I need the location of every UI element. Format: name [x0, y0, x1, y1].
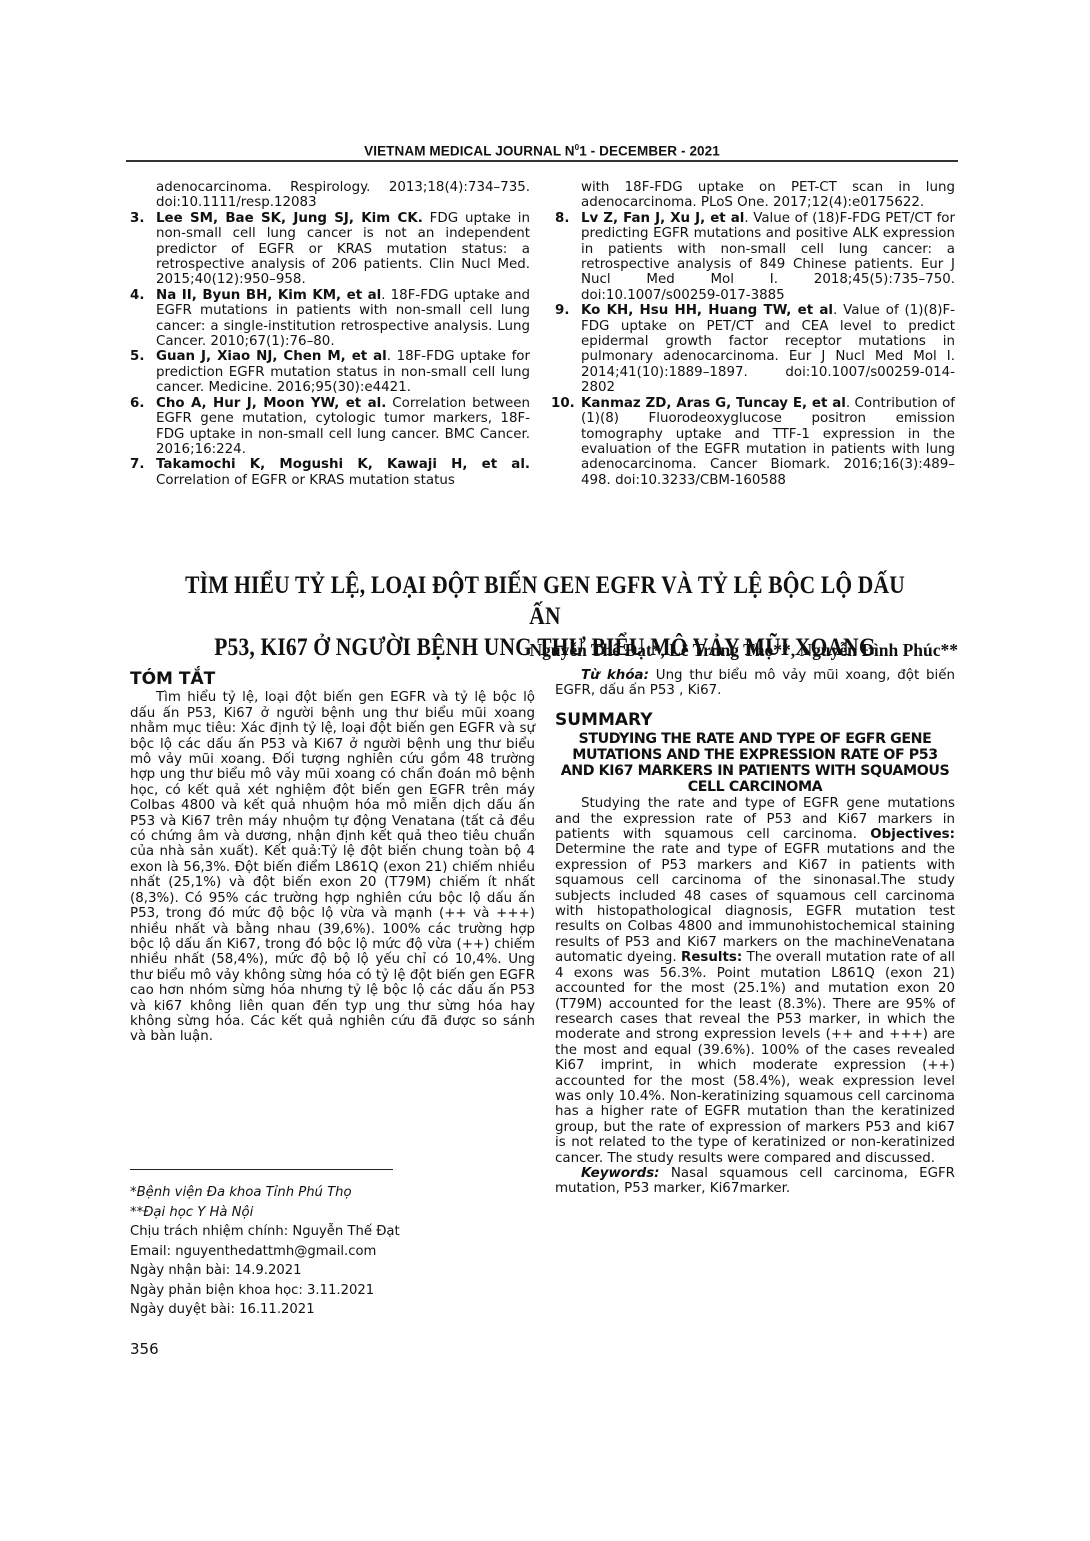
- abstract-en-body: Studying the rate and type of EGFR gene …: [555, 796, 955, 1166]
- date-accepted: Ngày duyệt bài: 16.11.2021: [130, 1300, 530, 1320]
- reference-item: 5.Guan J, Xiao NJ, Chen M, et al. 18F-FD…: [130, 349, 530, 395]
- reference-item: 7.Takamochi K, Mogushi K, Kawaji H, et a…: [130, 457, 530, 488]
- title-line-1: TÌM HIỂU TỶ LỆ, LOẠI ĐỘT BIẾN GEN EGFR V…: [180, 570, 911, 632]
- footnotes: *Bệnh viện Đa khoa Tỉnh Phú Thọ **Đại họ…: [130, 1183, 530, 1320]
- date-reviewed: Ngày phản biện khoa học: 3.11.2021: [130, 1281, 530, 1301]
- references-left-column: adenocarcinoma. Respirology. 2013;18(4):…: [130, 180, 530, 488]
- header-rule: [126, 160, 958, 162]
- issue-date: 1 - DECEMBER - 2021: [579, 144, 720, 159]
- journal-name: VIETNAM MEDICAL JOURNAL N: [364, 144, 575, 159]
- article-authors: Nguyễn Thế Đạt*, Lê Trung Thọ**, Nguyễn …: [529, 640, 958, 661]
- abstract-english-column: Từ khóa: Ung thư biểu mô vảy mũi xoang, …: [555, 668, 955, 1197]
- results-label: Results:: [681, 950, 742, 965]
- reference-item: adenocarcinoma. Respirology. 2013;18(4):…: [130, 180, 530, 211]
- references-right-column: with 18F-FDG uptake on PET-CT scan in lu…: [555, 180, 955, 488]
- keywords-vi-label: Từ khóa:: [581, 668, 649, 683]
- corresponding-author: Chịu trách nhiệm chính: Nguyễn Thế Đạt: [130, 1222, 530, 1242]
- affiliation-2: **Đại học Y Hà Nội: [130, 1203, 530, 1223]
- keywords-en-label: Keywords:: [581, 1166, 660, 1181]
- email: Email: nguyenthedattmh@gmail.com: [130, 1242, 530, 1262]
- footnote-rule: [130, 1169, 393, 1170]
- reference-item: with 18F-FDG uptake on PET-CT scan in lu…: [555, 180, 955, 211]
- reference-item: 10.Kanmaz ZD, Aras G, Tuncay E, et al. C…: [555, 396, 955, 488]
- objectives-label: Objectives:: [870, 827, 955, 842]
- reference-item: 4.Na II, Byun BH, Kim KM, et al. 18F-FDG…: [130, 288, 530, 350]
- keywords-vi: Từ khóa: Ung thư biểu mô vảy mũi xoang, …: [555, 668, 955, 699]
- page-number: 356: [130, 1340, 159, 1358]
- running-header: VIETNAM MEDICAL JOURNAL N01 - DECEMBER -…: [126, 143, 958, 159]
- journal-page: VIETNAM MEDICAL JOURNAL N01 - DECEMBER -…: [0, 0, 1090, 1541]
- abstract-vi-heading: TÓM TẮT: [130, 672, 535, 687]
- abstract-vi-body: Tìm hiểu tỷ lệ, loại đột biến gen EGFR v…: [130, 690, 535, 1044]
- abstract-vietnamese: TÓM TẮT Tìm hiểu tỷ lệ, loại đột biến ge…: [130, 672, 535, 1045]
- affiliation-1: *Bệnh viện Đa khoa Tỉnh Phú Thọ: [130, 1183, 530, 1203]
- date-received: Ngày nhận bài: 14.9.2021: [130, 1261, 530, 1281]
- reference-item: 6.Cho A, Hur J, Moon YW, et al. Correlat…: [130, 396, 530, 458]
- keywords-en: Keywords: Nasal squamous cell carcinoma,…: [555, 1166, 955, 1197]
- reference-item: 3.Lee SM, Bae SK, Jung SJ, Kim CK. FDG u…: [130, 211, 530, 288]
- summary-heading: SUMMARY: [555, 713, 955, 728]
- english-title: STUDYING THE RATE AND TYPE OF EGFR GENE …: [555, 731, 955, 795]
- reference-item: 9.Ko KH, Hsu HH, Huang TW, et al. Value …: [555, 303, 955, 395]
- reference-item: 8.Lv Z, Fan J, Xu J, et al. Value of (18…: [555, 211, 955, 303]
